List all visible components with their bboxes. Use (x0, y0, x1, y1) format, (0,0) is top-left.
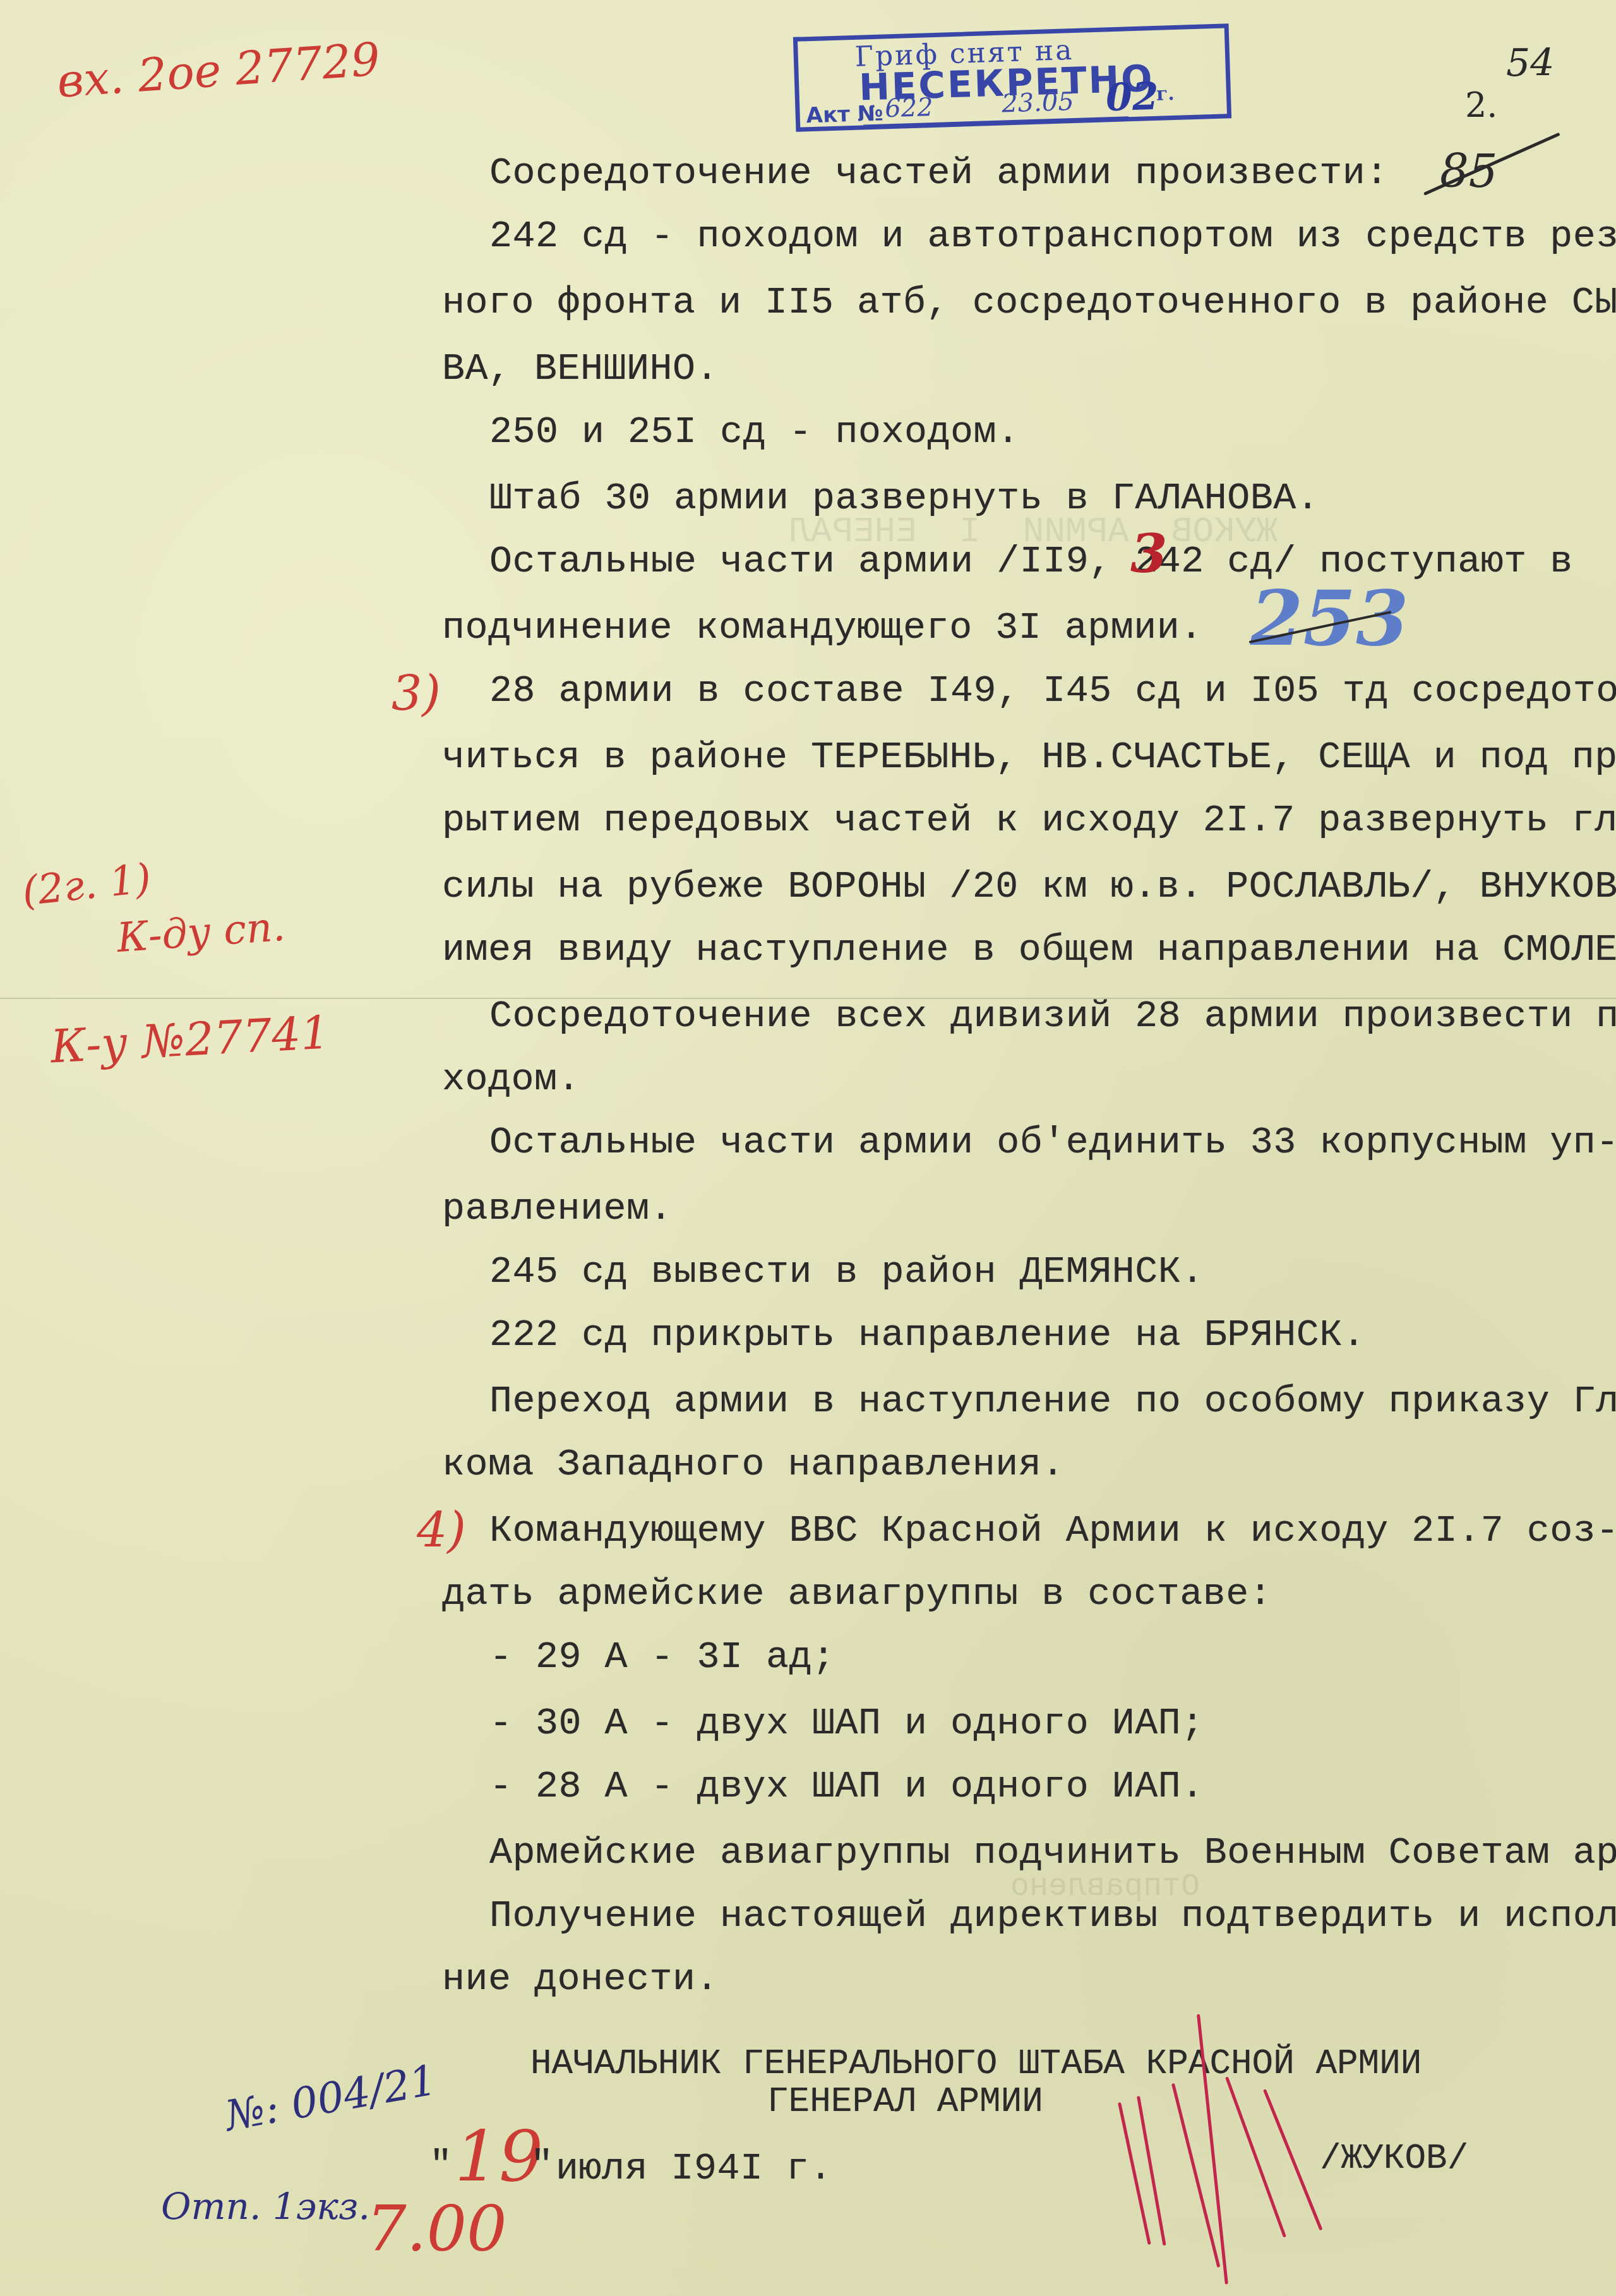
body-line: 242 сд - походом и автотранспортом из ср… (489, 218, 1616, 256)
struck-page-number: 85 (1440, 148, 1498, 194)
date-month-year: июля I94I г. (556, 2150, 832, 2188)
body-line: равлением. (442, 1190, 673, 1228)
body-line: имея ввиду наступление в общем направлен… (442, 931, 1616, 969)
declassification-stamp: Гриф снят на НЕСЕКРЕТНО Акт № 622 23.05 … (793, 23, 1231, 132)
body-line: кома Западного направления. (442, 1446, 1065, 1484)
body-line: дать армейские авиагруппы в составе: (442, 1576, 1272, 1613)
margin-annotation: К-ду сп. (116, 907, 286, 959)
body-line: Переход армии в наступление по особому п… (489, 1383, 1616, 1421)
stamp-act-date: 23.05 (1002, 87, 1075, 119)
body-line: рытием передовых частей к исходу 2I.7 ра… (442, 802, 1616, 840)
body-line: 250 и 25I сд - походом. (489, 414, 1020, 451)
body-line: ного фронта и II5 атб, сосредоточенного … (442, 284, 1616, 322)
date-close-quote: " (530, 2147, 554, 2185)
body-line: Остальные части армии об'единить 33 корп… (489, 1124, 1616, 1162)
time-annotation: 7.00 (366, 2197, 507, 2261)
body-line: - 28 А - двух ШАП и одного ИАП. (489, 1768, 1204, 1806)
body-line: 28 армии в составе I49, I45 сд и I05 тд … (489, 673, 1616, 710)
body-line: ВА, ВЕНШИНО. (442, 350, 719, 388)
body-line: Остальные части армии /II9, 242 сд/ пост… (489, 543, 1573, 581)
body-line: Командующему ВВС Красной Армии к исходу … (489, 1512, 1616, 1550)
margin-annotation: (2г. 1) (20, 858, 153, 912)
body-line: Сосредоточение частей армии произвести: (489, 155, 1389, 193)
section-marker-3: 3) (392, 669, 441, 717)
body-line: 222 сд прикрыть направление на БРЯНСК. (489, 1317, 1365, 1354)
body-line: Штаб 30 армии развернуть в ГАЛАНОВА. (489, 480, 1319, 518)
body-line: - 29 А - 3I ад; (489, 1639, 835, 1677)
section-marker-4: 4) (417, 1506, 466, 1554)
date-open-quote: " (429, 2147, 453, 2185)
registration-number-annotation: вх. 2ое 27729 (56, 36, 381, 104)
correction-digit: 3 (1130, 527, 1167, 580)
body-line: Армейские авиагруппы подчинить Военным С… (489, 1834, 1616, 1872)
document-page: ЖУКОВ АРМИИ I ЕНЕРАЛ Отправлено вх. 2ое … (0, 0, 1616, 2296)
outgoing-number: №: 004/21 (222, 2059, 440, 2138)
body-line: читься в районе ТЕРЕБЫНЬ, НВ.СЧАСТЬЕ, СЕ… (442, 739, 1616, 777)
signature-title-line-2: ГЕНЕРАЛ АРМИИ (767, 2084, 1043, 2119)
stamp-act-number: 622 (885, 93, 934, 123)
body-line: Получение настоящей директивы подтвердит… (489, 1898, 1616, 1935)
blue-pencil-number: 253 (1250, 581, 1409, 657)
date-day-handwritten: 19 (455, 2122, 543, 2191)
page-number: 2. (1465, 88, 1498, 123)
page-number-superscript: 54 (1506, 44, 1554, 82)
body-line: силы на рубеже ВОРОНЫ /20 км ю.в. РОСЛАВ… (442, 868, 1616, 906)
signature-title-line-1: НАЧАЛЬНИК ГЕНЕРАЛЬНОГО ШТАБА КРАСНОЙ АРМ… (530, 2046, 1421, 2081)
body-line: ние донести. (442, 1961, 719, 1999)
body-line: Сосредоточение всех дивизий 28 армии про… (489, 998, 1616, 1036)
stamp-year-suffix: г. (1156, 83, 1175, 105)
body-line: подчинение командующего 3I армии. (442, 609, 1203, 647)
stamp-act-year: 02 (1105, 75, 1159, 121)
body-line: - 30 А - двух ШАП и одного ИАП; (489, 1705, 1204, 1743)
body-line: ходом. (442, 1061, 580, 1099)
copy-count-note: Отп. 1экз. (161, 2188, 370, 2225)
margin-annotation: К-у №27741 (49, 1009, 330, 1069)
signatory-name: /ЖУКОВ/ (1320, 2141, 1468, 2176)
body-line: 245 сд вывести в район ДЕМЯНСК. (489, 1253, 1204, 1291)
